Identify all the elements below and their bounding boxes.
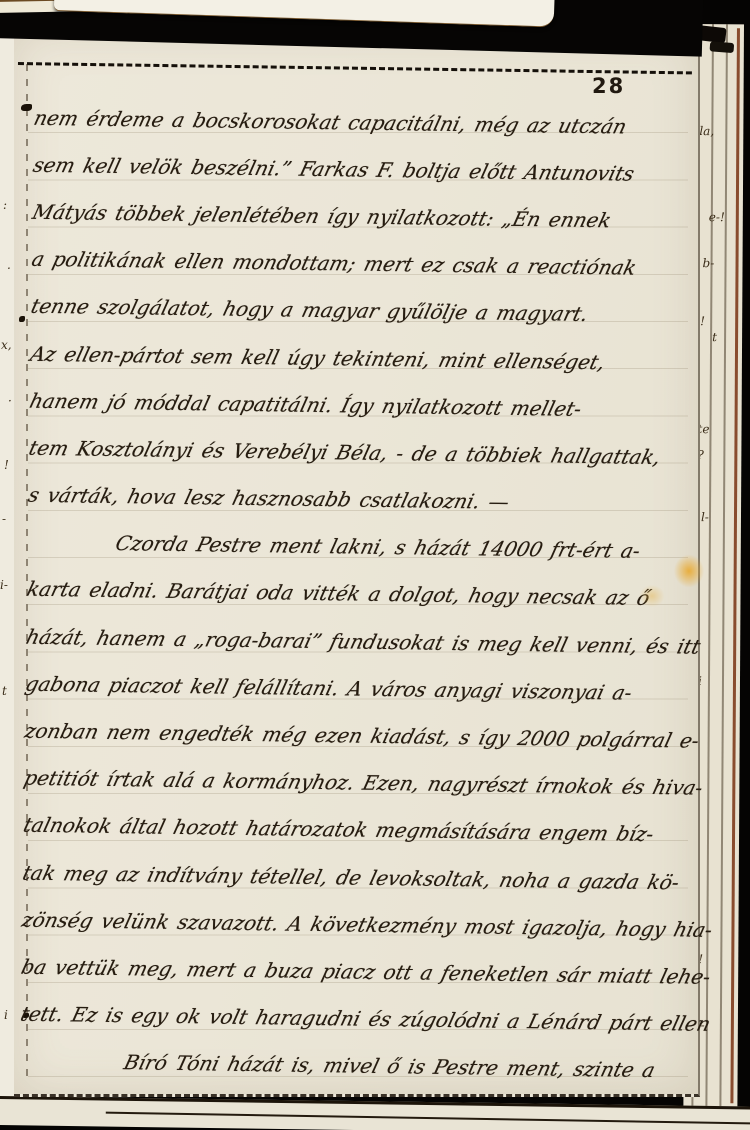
ink-blot	[19, 316, 25, 322]
page-number: 28	[592, 74, 625, 98]
right-edge-fragment: b-	[702, 256, 714, 270]
stack-corner-shadow	[710, 41, 735, 53]
left-edge-fragment: i	[4, 1008, 8, 1022]
manuscript-page: 28 nem érdeme a bocskorosokat capacitáln…	[14, 30, 700, 1097]
stack-page-edge-line	[719, 24, 728, 1110]
left-edge-fragment: !	[4, 458, 9, 472]
left-edge-fragment: ·	[8, 394, 12, 408]
scanned-manuscript-photo: : . x, · ! - i- t i la, e-! b- ! t te ? …	[0, 0, 750, 1130]
yellow-stain	[668, 548, 710, 594]
right-edge-fragment: la,	[699, 124, 714, 138]
ink-blot	[21, 104, 32, 111]
stack-red-book-edge	[730, 28, 740, 1103]
left-edge-fragment: t	[2, 684, 7, 698]
right-edge-fragment: t	[712, 330, 717, 344]
handwriting-line-paragraph-start: Bíró Tóni házát is, mivel ő is Pestre me…	[17, 1037, 682, 1094]
right-edge-fragment: l-	[701, 510, 709, 524]
bottom-page-edge-line	[106, 1112, 750, 1125]
left-edge-fragment: .	[7, 258, 11, 272]
top-fold-crease-line	[18, 62, 692, 74]
right-edge-fragment: !	[700, 314, 705, 328]
left-edge-fragment: :	[3, 198, 7, 212]
left-edge-fragment: x,	[1, 338, 12, 352]
bottom-under-page-edges	[0, 1096, 750, 1130]
left-edge-fragment: -	[2, 512, 6, 526]
yellow-stain-faint	[634, 580, 670, 612]
right-edge-fragment: e-!	[709, 210, 725, 224]
handwriting-block: nem érdeme a bocskorosokat capacitálni, …	[17, 94, 696, 1095]
left-edge-fragment: i-	[0, 578, 8, 592]
